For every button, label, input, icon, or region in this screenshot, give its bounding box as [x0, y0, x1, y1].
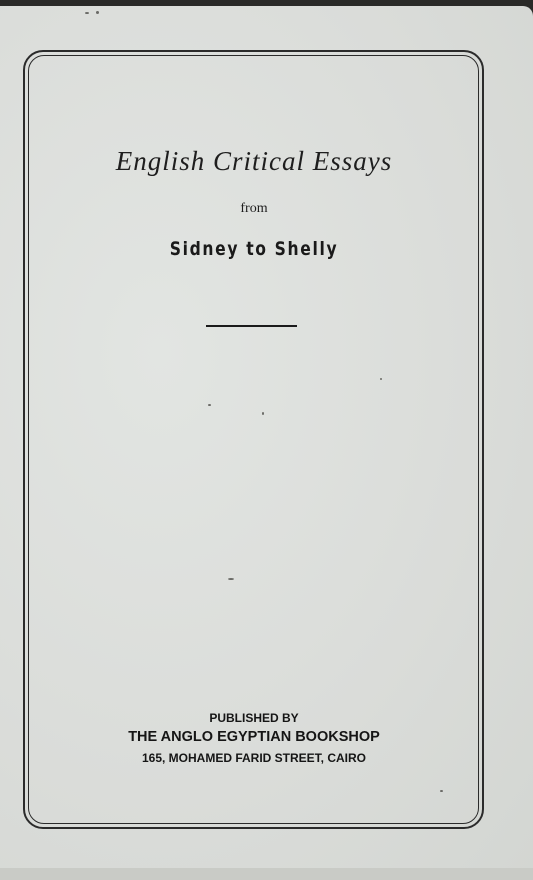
book-title: English Critical Essays — [0, 146, 508, 177]
publisher-label: PUBLISHED BY — [0, 711, 508, 725]
cover-bottom-edge — [0, 868, 533, 880]
paper-speck — [96, 11, 99, 14]
paper-speck — [262, 412, 264, 415]
paper-speck — [208, 404, 211, 406]
paper-speck — [380, 378, 382, 380]
publisher-address: 165, MOHAMED FARID STREET, CAIRO — [0, 751, 508, 765]
paper-speck — [85, 12, 89, 14]
paper-speck — [440, 790, 443, 792]
divider-rule — [206, 325, 297, 327]
publisher-name: THE ANGLO EGYPTIAN BOOKSHOP — [0, 729, 508, 745]
title-connector: from — [0, 201, 508, 217]
book-subtitle: Sidney to Shelly — [46, 238, 463, 260]
paper-speck — [228, 578, 234, 580]
